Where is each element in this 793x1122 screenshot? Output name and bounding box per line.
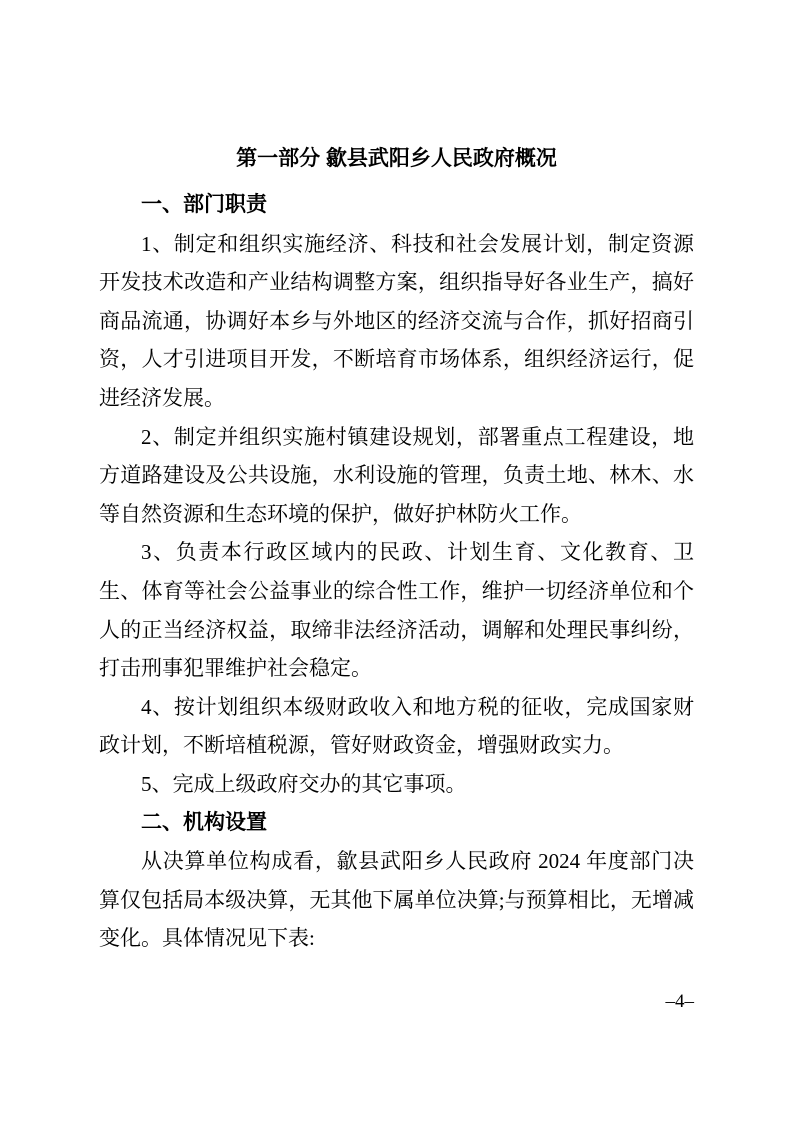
paragraph-organization: 从决算单位构成看，歙县武阳乡人民政府 2024 年度部门决算仅包括局本级决算，无… — [99, 842, 694, 958]
paragraph-duty-5: 5、完成上级政府交办的其它事项。 — [99, 765, 694, 804]
section-heading-department-duties: 一、部门职责 — [99, 186, 694, 225]
paragraph-duty-4: 4、按计划组织本级财政收入和地方税的征收，完成国家财政计划，不断培植税源，管好财… — [99, 688, 694, 765]
paragraph-duty-2: 2、制定并组织实施村镇建设规划，部署重点工程建设，地方道路建设及公共设施，水利设… — [99, 418, 694, 534]
document-page: 第一部分 歙县武阳乡人民政府概况 一、部门职责 1、制定和组织实施经济、科技和社… — [0, 0, 793, 1122]
page-number: –4– — [666, 991, 695, 1013]
document-title: 第一部分 歙县武阳乡人民政府概况 — [99, 138, 694, 180]
paragraph-duty-1: 1、制定和组织实施经济、科技和社会发展计划，制定资源开发技术改造和产业结构调整方… — [99, 225, 694, 418]
paragraph-duty-3: 3、负责本行政区域内的民政、计划生育、文化教育、卫生、体育等社会公益事业的综合性… — [99, 533, 694, 687]
section-heading-organization-setup: 二、机构设置 — [99, 804, 694, 843]
